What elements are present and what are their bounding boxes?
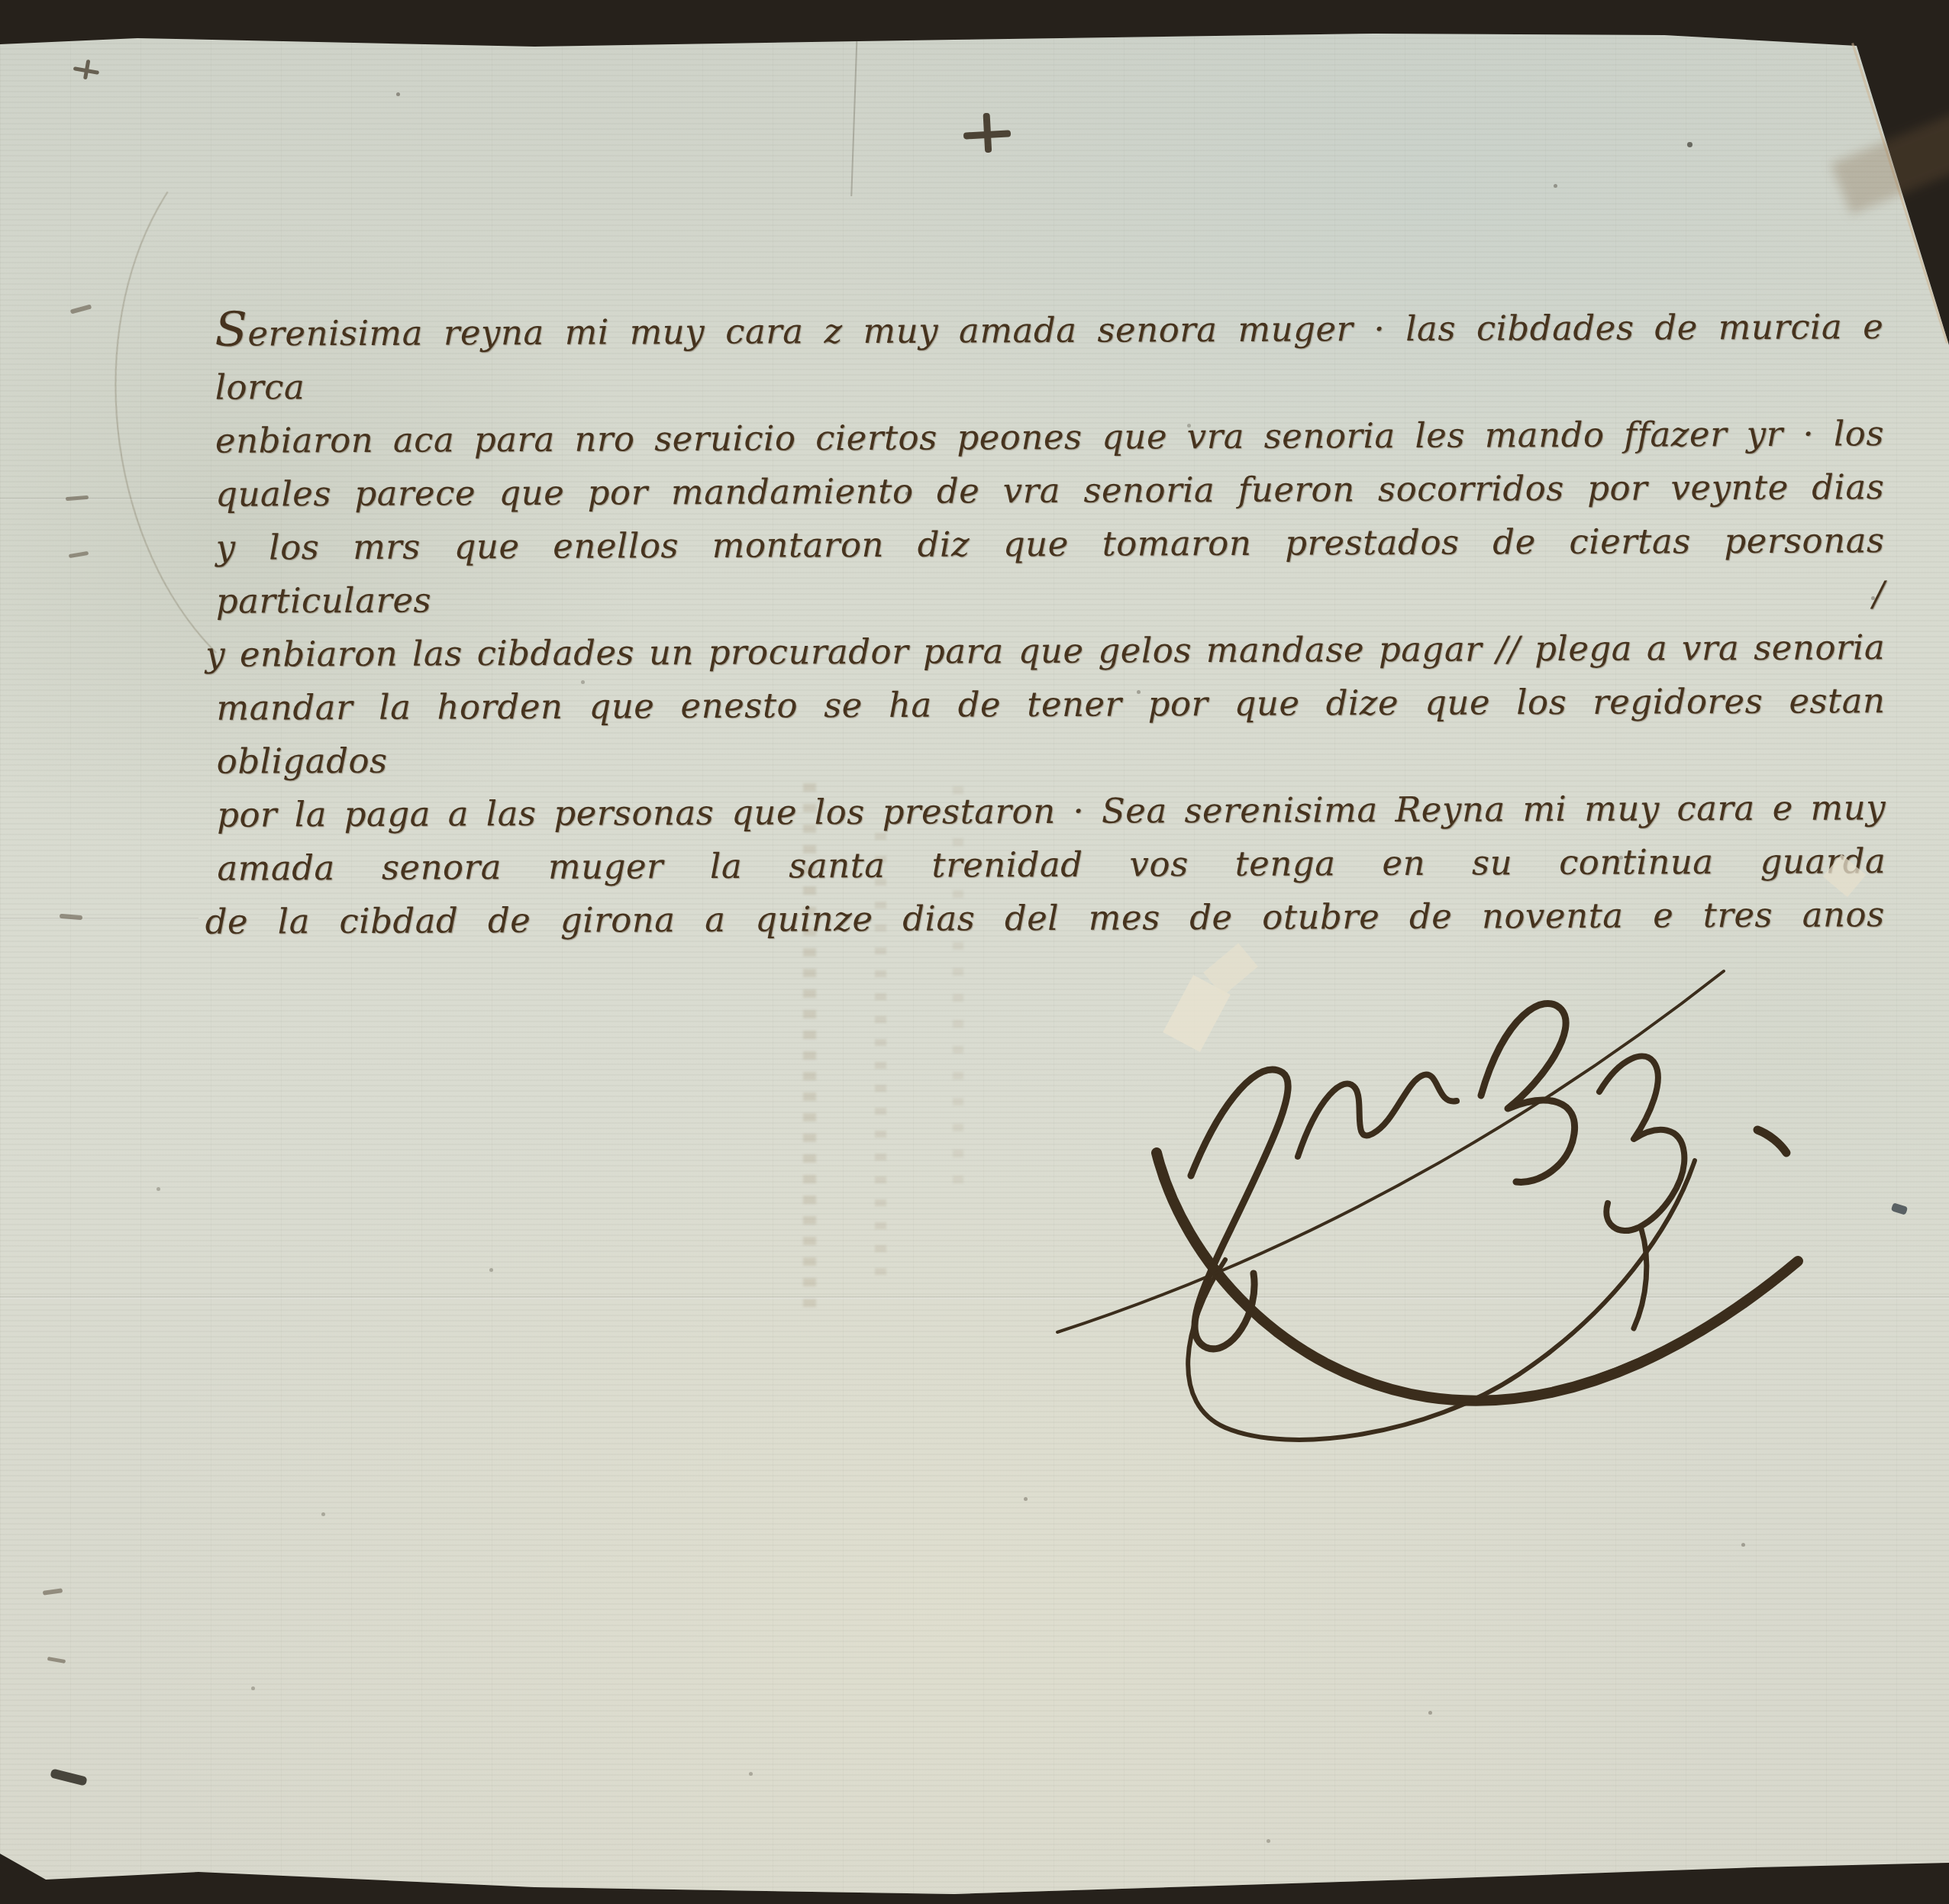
letter-body: Serenisima reyna mi muy cara z muy amada…: [215, 295, 1886, 949]
photographed-manuscript: Serenisima reyna mi muy cara z muy amada…: [0, 0, 1949, 1904]
text-line: enbiaron aca para nro seruicio ciertos p…: [215, 407, 1884, 468]
fold-crease: [0, 498, 237, 500]
text-line: amada senora muger la santa trenidad vos…: [217, 834, 1886, 896]
fold-crease: [0, 918, 198, 920]
manuscript-paper: Serenisima reyna mi muy cara z muy amada…: [0, 0, 1949, 1904]
text-line: por la paga a las personas que los prest…: [217, 781, 1886, 842]
royal-signature: [1031, 901, 1832, 1481]
corner-cross-mark: [72, 57, 101, 82]
text-line: quales parece que por mandamiento de vra…: [215, 460, 1884, 521]
text-line: y enbiaron las cibdades un procurador pa…: [205, 621, 1885, 682]
text-line: y los mrs que enellos montaron diz que t…: [215, 514, 1885, 628]
text-line: Serenisima reyna mi muy cara z muy amada…: [215, 295, 1884, 415]
cross-mark-bar: [983, 113, 992, 153]
text-line: mandar la horden que enesto se ha de ten…: [216, 674, 1886, 789]
foxing-specks: [0, 0, 2, 2]
cross-mark: [963, 111, 1012, 157]
